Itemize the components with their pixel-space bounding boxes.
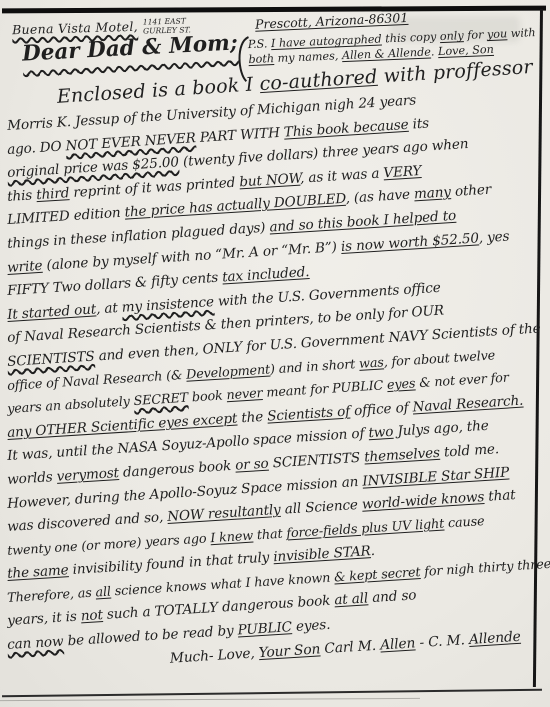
line-segment: worlds [7,469,58,488]
letter-body: Enclosed is a book I co-authored with pr… [8,86,546,681]
line-segment: themselves [364,445,441,466]
line-segment: told me. [439,441,499,461]
line-segment: meant for PUBLIC [262,378,387,401]
line-segment: that [253,526,287,543]
line-segment: , yes [478,228,510,246]
line-segment: Allende [468,628,521,647]
line-segment: the [237,408,268,426]
line-segment: its [408,115,429,132]
line-segment: SCIENTISTS [268,449,365,471]
line-segment: this copy [381,30,440,45]
line-segment: all Science [280,497,362,518]
line-segment: only [440,29,464,43]
line-segment: This book because [283,116,409,140]
bottom-border-shadow-line [0,698,420,701]
line-segment: both [248,52,274,66]
line-segment: two [368,424,394,442]
line-segment: my names, [274,49,342,65]
line-segment: Scientists of [267,403,351,424]
line-segment: Carl M. [320,637,381,657]
line-segment: eyes [387,376,416,393]
line-segment: at all [334,591,369,609]
bottom-border-line [2,689,542,698]
line-segment: many [414,185,452,203]
line-segment: It started out [7,301,97,323]
line-segment: and so [368,588,417,607]
line-segment: never [226,386,263,403]
line-segment: but NOW [239,170,301,190]
line-segment: all [95,584,111,600]
line-segment: , at [96,300,123,318]
line-segment: ) and in short [270,356,360,377]
line-segment: , for about twelve [383,348,495,370]
line-segment: . [370,543,375,559]
line-segment: can now [7,634,64,654]
line-segment: not [80,607,103,624]
line-segment: write [7,257,43,275]
line-segment: my insistence [121,294,214,316]
line-segment: other [450,182,491,201]
line-segment: with [507,26,536,40]
line-segment: years, it is [7,609,82,630]
sender-city-address: Prescott, Arizona-86301 [255,10,409,32]
line-segment: verymost [56,465,119,485]
line-segment: SECRET [133,391,188,409]
line-segment: , as it was a [300,165,384,186]
line-segment: the same [7,562,69,582]
line-segment: Allen [380,635,416,653]
line-segment: co-authored [259,66,378,95]
line-segment: VERY [383,163,422,181]
line-segment: invisible STAR [273,543,371,565]
scanned-letter-page: Buena Vista Motel,1141 EASTGURLEY ST. Pr… [0,0,550,707]
line-segment: - C. M. [415,632,470,651]
line-segment: NOW resultantly [167,502,281,525]
line-segment: Your Son [258,641,320,661]
line-segment: SCIENTISTS [7,348,95,369]
line-segment: office of [349,399,413,419]
line-segment: or so [235,456,269,474]
line-segment: years an absolutely [7,394,134,417]
line-segment: tax included. [222,264,310,285]
line-segment: Therefore, as [7,585,96,606]
line-segment: & not ever for [415,371,509,392]
line-segment: & kept secret [334,565,421,585]
line-segment: , (as have [345,187,414,207]
line-segment: LIMITED edition [7,205,125,228]
line-segment: eyes. [291,617,330,635]
sender-motel-name: Buena Vista Motel, [12,19,138,38]
line-segment: Naval Research. [412,392,524,415]
line-segment: that [484,487,516,505]
line-segment: P.S. [248,37,272,51]
line-segment: book [188,388,227,405]
line-segment: Much- Love, [169,645,259,667]
line-segment: Development [186,362,271,382]
line-segment: cause [444,514,485,532]
line-segment: you [487,27,508,41]
line-segment: third [36,185,70,203]
line-segment: world-wide knows [361,489,484,513]
line-segment: PUBLIC [237,619,292,638]
line-segment: dangerous book [118,458,235,481]
line-segment: Julys ago, the [393,418,489,440]
line-segment: was [359,355,385,372]
line-segment: I knew [210,528,254,546]
line-segment: ago. DO [7,138,66,158]
line-segment: this [7,187,37,205]
line-segment: PART WITH [195,124,284,146]
line-segment: for [463,28,487,42]
